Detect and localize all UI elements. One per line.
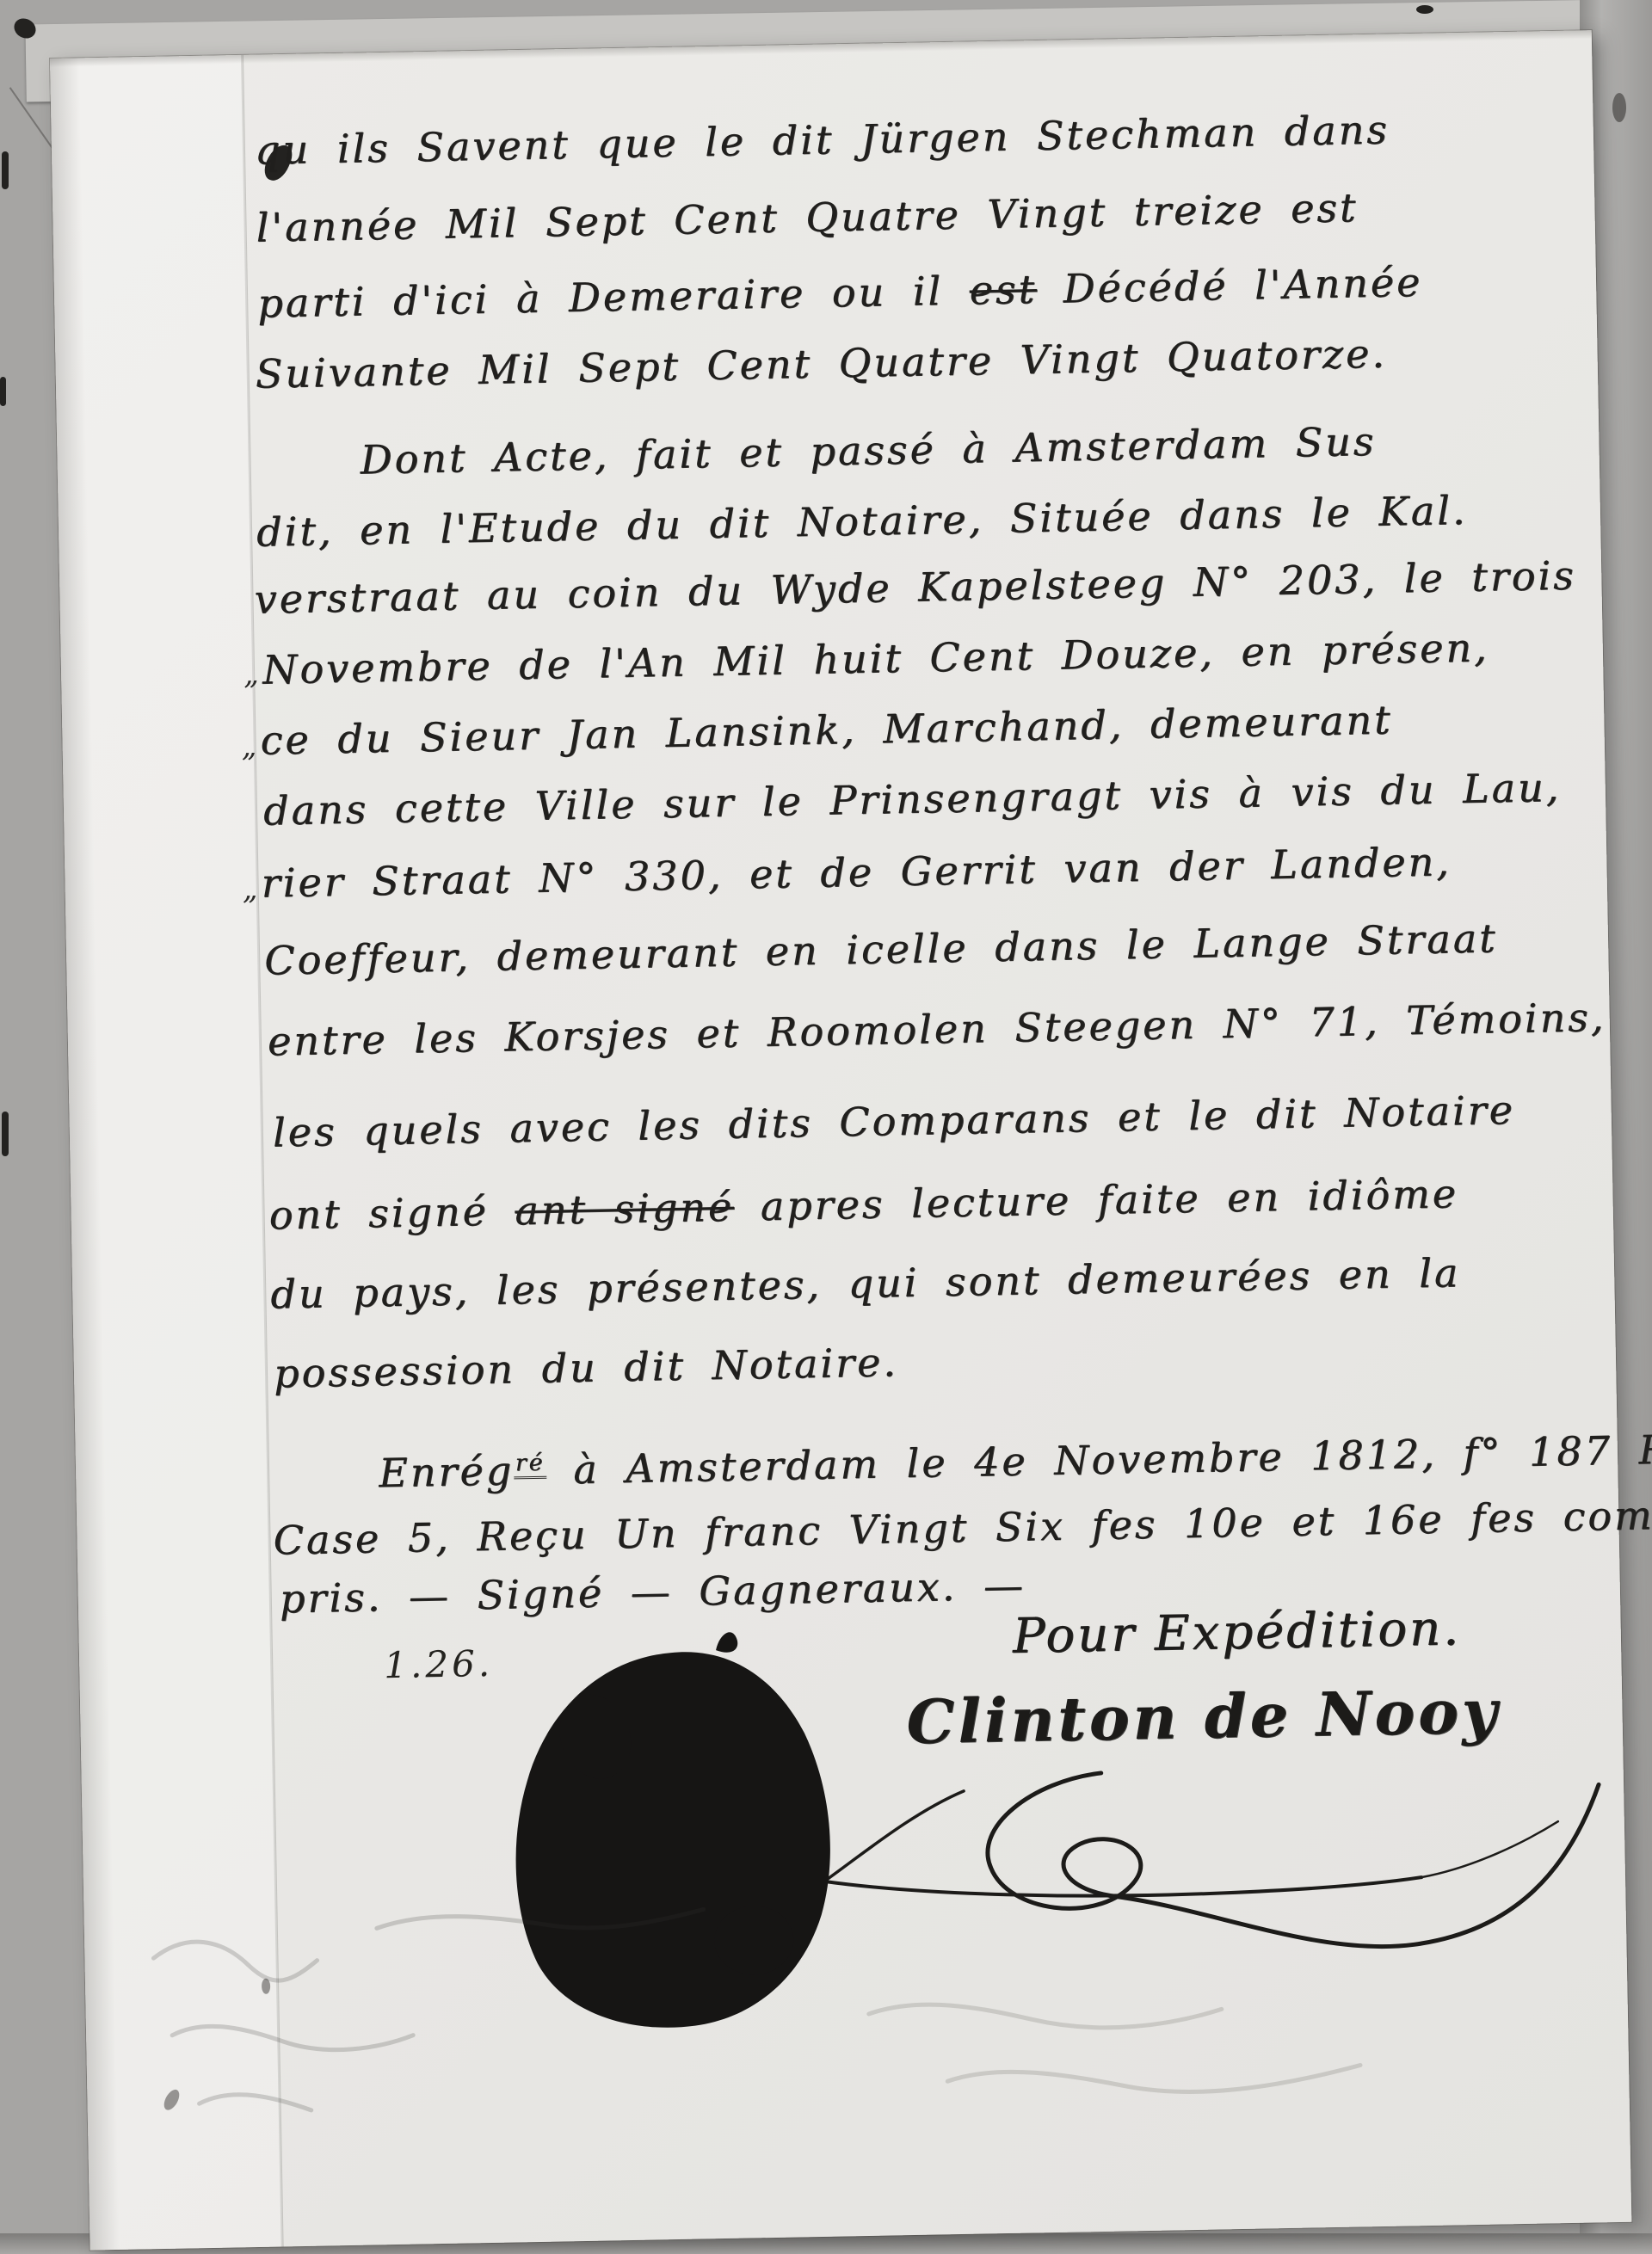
scanned-document-canvas: „ „ „ qu ils Savent que le dit Jürgen St… (0, 0, 1652, 2254)
line-segment: Enrég (379, 1447, 515, 1496)
certification-label: Pour Expédition. (1012, 1600, 1461, 1665)
bleed-through-marks (118, 1870, 743, 2174)
manuscript-line: ont signé ant signé apres lecture faite … (268, 1170, 1458, 1238)
edge-mark (0, 377, 6, 406)
manuscript-line: parti d'ici à Demeraire ou il est Décédé… (257, 259, 1423, 327)
bleed-through-marks (842, 1953, 1396, 2144)
edge-smudge (1612, 93, 1626, 122)
manuscript-line: entre les Korsjes et Roomolen Steegen N°… (267, 994, 1606, 1064)
registration-line: pris. — Signé — Gagneraux. — (279, 1562, 1026, 1623)
line-segment: ont signé (268, 1187, 515, 1238)
manuscript-line: du pays, les présentes, qui sont demeuré… (270, 1249, 1461, 1317)
manuscript-line: Coeffeur, demeurant en icelle dans le La… (264, 915, 1498, 983)
manuscript-line: l'année Mil Sept Cent Quatre Vingt treiz… (256, 184, 1359, 250)
manuscript-line: ce du Sieur Jan Lansink, Marchand, demeu… (260, 697, 1393, 764)
edge-mark (2, 1112, 9, 1156)
superscript: ré (514, 1449, 547, 1479)
line-segment: Décédé l'Année (1036, 259, 1422, 312)
manuscript-line: rier Straat N° 330, et de Gerrit van der… (261, 838, 1452, 906)
manuscript-line: Suivante Mil Sept Cent Quatre Vingt Quat… (255, 330, 1387, 397)
line-segment: parti d'ici à Demeraire ou il (257, 267, 970, 326)
line-segment: à Amsterdam le 4e Novembre 1812, f° 187 … (546, 1426, 1652, 1493)
struck-words: ant signé (515, 1184, 735, 1235)
registration-line: Case 5, Reçu Un franc Vingt Six fes 10e … (273, 1492, 1652, 1564)
manuscript-line: verstraat au coin du Wyde Kapelsteeg N° … (254, 552, 1576, 623)
manuscript-line: qu ils Savent que le dit Jürgen Stechman… (254, 106, 1390, 173)
manuscript-line: possession du dit Notaire. (274, 1339, 899, 1396)
manuscript-line: Novembre de l'An Mil huit Cent Douze, en… (262, 624, 1489, 693)
line-segment: apres lecture faite en idiôme (734, 1170, 1459, 1229)
fee-note: 1.26. (384, 1642, 494, 1686)
manuscript-page: „ „ „ qu ils Savent que le dit Jürgen St… (50, 30, 1631, 2250)
edge-mark (2, 151, 9, 189)
manuscript-line: les quels avec les dits Comparans et le … (272, 1087, 1515, 1155)
manuscript-line: dit, en l'Etude du dit Notaire, Située d… (256, 487, 1468, 556)
registration-line: Enrégré à Amsterdam le 4e Novembre 1812,… (379, 1426, 1652, 1496)
struck-word: est (969, 266, 1037, 313)
manuscript-line: Dont Acte, fait et passé à Amsterdam Sus (360, 418, 1377, 483)
edge-mark (1416, 5, 1433, 14)
manuscript-line: dans cette Ville sur le Prinsengragt vis… (263, 764, 1562, 834)
